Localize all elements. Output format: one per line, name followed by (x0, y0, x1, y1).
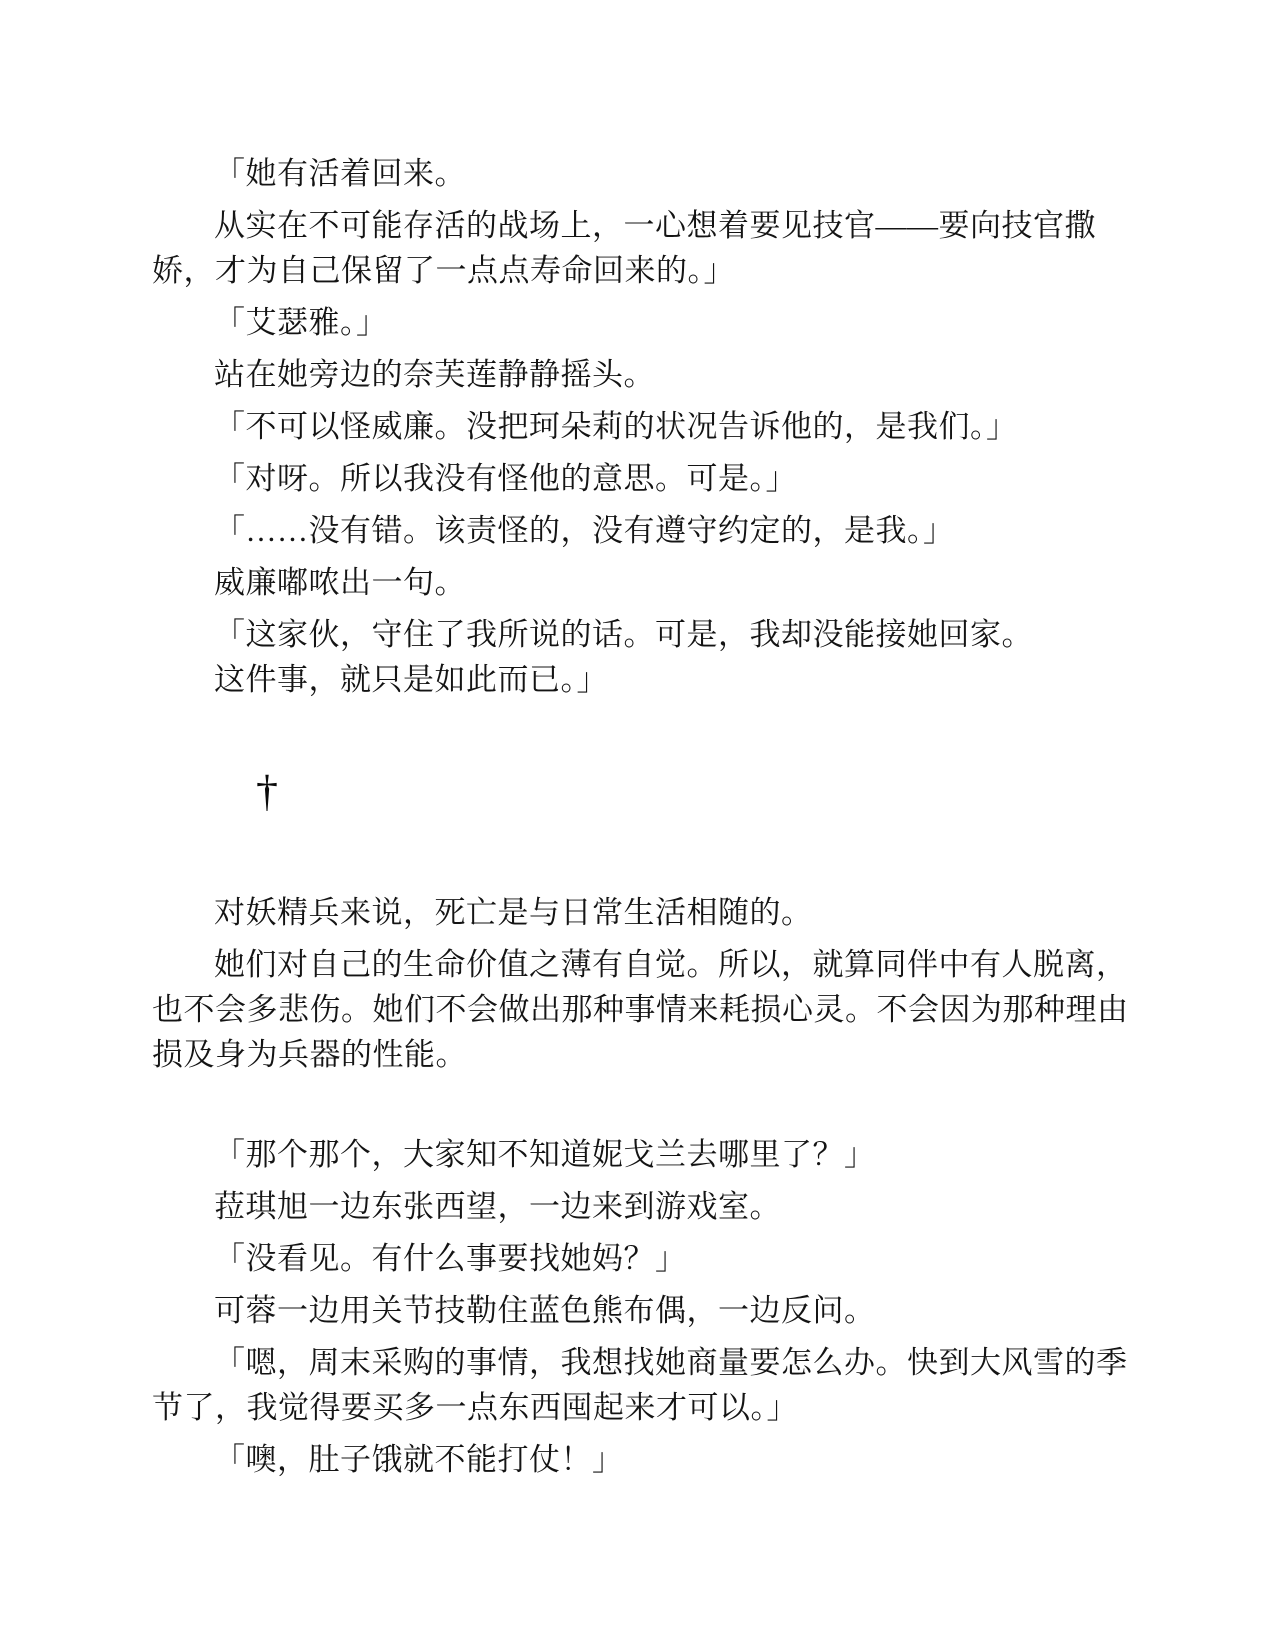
text-line: 对妖精兵来说，死亡是与日常生活相随的。 (152, 890, 1137, 935)
section-divider: † (152, 702, 1137, 890)
text-line: 娇，才为自己保留了一点点寿命回来的。」 (152, 248, 1137, 293)
text-line: 站在她旁边的奈芙莲静静摇头。 (152, 352, 1137, 397)
text-line: 节了，我觉得要买多一点东西囤起来才可以。」 (152, 1385, 1137, 1430)
text-line: 这件事，就只是如此而已。」 (152, 657, 1137, 702)
text-line: 「……没有错。该责怪的，没有遵守约定的，是我。」 (152, 508, 1137, 553)
text-line: 「对呀。所以我没有怪他的意思。可是。」 (152, 456, 1137, 501)
text-line: 从实在不可能存活的战场上，一心想着要见技官——要向技官撒 (152, 203, 1137, 248)
text-line: 「噢，肚子饿就不能打仗！」 (152, 1437, 1137, 1482)
text-line: 损及身为兵器的性能。 (152, 1032, 1137, 1077)
text-line: 「不可以怪威廉。没把珂朵莉的状况告诉他的，是我们。」 (152, 404, 1137, 449)
text-line: 「没看见。有什么事要找她妈？」 (152, 1236, 1137, 1281)
dagger-icon: † (256, 770, 278, 814)
novel-page: 「她有活着回来。 从实在不可能存活的战场上，一心想着要见技官——要向技官撒 娇，… (0, 0, 1275, 1650)
text-line: 也不会多悲伤。她们不会做出那种事情来耗损心灵。不会因为那种理由 (152, 987, 1137, 1032)
text-line: 可蓉一边用关节技勒住蓝色熊布偶，一边反问。 (152, 1288, 1137, 1333)
text-line: 「嗯，周末采购的事情，我想找她商量要怎么办。快到大风雪的季 (152, 1340, 1137, 1385)
text-block: 「她有活着回来。 从实在不可能存活的战场上，一心想着要见技官——要向技官撒 娇，… (152, 151, 1137, 1482)
text-line: 「那个那个，大家知不知道妮戈兰去哪里了？」 (152, 1132, 1137, 1177)
text-line: 菈琪旭一边东张西望，一边来到游戏室。 (152, 1184, 1137, 1229)
text-line: 「艾瑟雅。」 (152, 300, 1137, 345)
text-line: 她们对自己的生命价值之薄有自觉。所以，就算同伴中有人脱离， (152, 942, 1137, 987)
text-line: 「她有活着回来。 (152, 151, 1137, 196)
text-line: 威廉嘟哝出一句。 (152, 560, 1137, 605)
text-line: 「这家伙，守住了我所说的话。可是，我却没能接她回家。 (152, 612, 1137, 657)
